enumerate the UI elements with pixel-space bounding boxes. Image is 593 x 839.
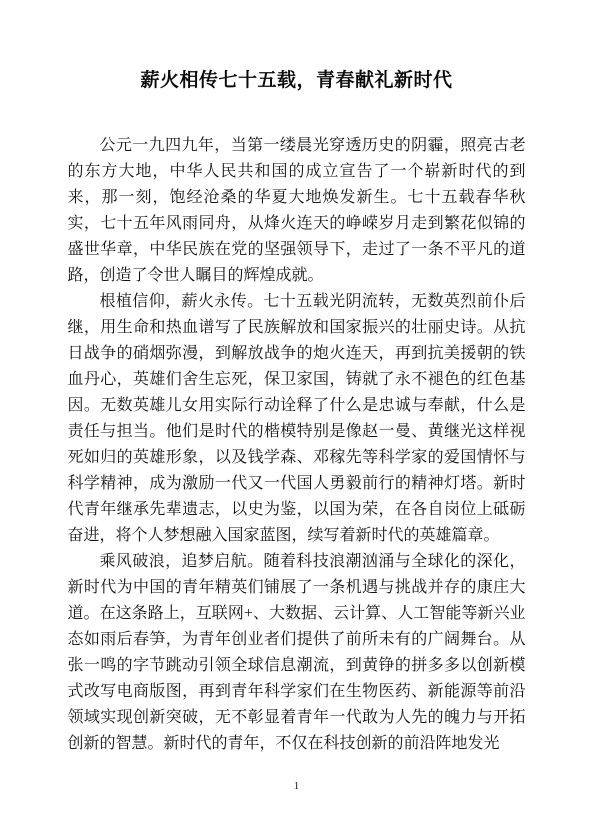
document-body: 公元一九四九年，当第一缕晨光穿透历史的阴霾，照亮古老的东方大地，中华人民共和国的… bbox=[68, 133, 526, 757]
paragraph-innovation: 乘风破浪，追梦启航。随着科技浪潮汹涌与全球化的深化，新时代为中国的青年精英们铺展… bbox=[68, 549, 526, 757]
paragraph-heritage: 根植信仰，薪火永传。七十五载光阴流转，无数英烈前仆后继，用生命和热血谱写了民族解… bbox=[68, 289, 526, 549]
document-page: 薪火相传七十五载，青春献礼新时代 公元一九四九年，当第一缕晨光穿透历史的阴霾，照… bbox=[0, 0, 593, 839]
page-number: 1 bbox=[0, 779, 593, 793]
document-title: 薪火相传七十五载，青春献礼新时代 bbox=[40, 66, 553, 96]
paragraph-intro: 公元一九四九年，当第一缕晨光穿透历史的阴霾，照亮古老的东方大地，中华人民共和国的… bbox=[68, 133, 526, 289]
